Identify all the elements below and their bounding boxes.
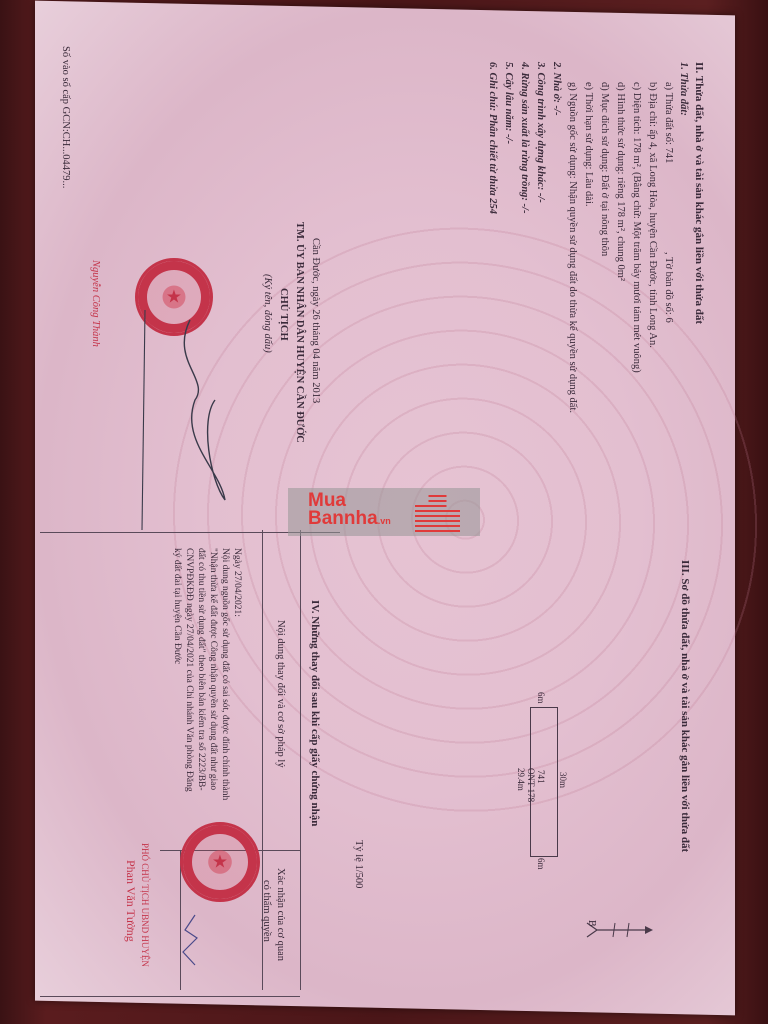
registry-entry: Số vào sổ cấp GCN:CH...04479... (58, 46, 72, 188)
change-entry-line: "Nhận thừa kế đất được Công nhận quyền s… (206, 548, 220, 790)
change-entry-line: đất có thu tiền sử dụng đất" theo biên b… (194, 548, 208, 791)
stamp-role: PHÓ CHỦ TỊCH UBND HUYỆN (138, 843, 152, 967)
stamp-name: Phan Văn Tường (124, 860, 138, 942)
muabannha-watermark: Mua Bannha.vn (288, 488, 480, 536)
dim-right: 6m (534, 858, 548, 870)
change-entry-line: Nội dung nguồn gốc sử dụng đất có sai só… (218, 548, 232, 800)
change-entry-line: CNVPĐKĐĐ ngày 27/04/2021 của Chi nhánh V… (182, 548, 196, 792)
scale-label: Tỷ lệ 1/500 (351, 840, 365, 888)
other-construction: 3. Công trình xây dựng khác: -/- (533, 62, 547, 203)
usage-form: d) Hình thức sử dụng: riêng 178 m², chun… (613, 82, 627, 281)
sign-note: (Ký tên, đóng dấu) (260, 274, 274, 353)
building-icon (415, 492, 460, 532)
chairman-signature (140, 300, 240, 540)
perennial-trees: 5. Cây lâu năm: -/- (501, 62, 515, 144)
branch-office-seal: ★ (180, 822, 260, 902)
usage-origin: g) Nguồn gốc sử dụng: Nhận quyền sử dụng… (565, 82, 579, 413)
officer-signature (175, 910, 205, 970)
column-confirm-header-1: Xác nhận của cơ quan (273, 868, 287, 961)
land-heading: 1. Thửa đất: (676, 62, 690, 116)
watermark-line2: Bannha (308, 508, 378, 529)
chairman-title: CHỦ TỊCH (276, 288, 290, 341)
watermark-logo-text: Mua Bannha.vn (308, 492, 391, 530)
area: c) Diện tích: 178 m², (Bằng chữ: Một tră… (629, 82, 643, 373)
change-entry-date: Ngày 27/04/2021: (230, 548, 244, 617)
change-entry-line: ký đất đai tại huyện Cần Đước (170, 548, 184, 664)
house: 2. Nhà ở: -/- (549, 62, 563, 115)
parcel-number: a) Thửa đất số: 741 (661, 82, 675, 163)
registrar-handwritten-name: Nguyễn Công Thành (88, 260, 102, 347)
note: 6. Ghi chú: Phân chiết từ thửa 254 (485, 62, 499, 214)
table-column-divider (300, 530, 301, 990)
north-label: B (584, 920, 598, 927)
usage-purpose: đ) Mục đích sử dụng: Đất ở tại nông thôn (597, 82, 611, 256)
section-iii-title: III. Sơ đồ thửa đất, nhà ở và tài sản kh… (678, 560, 692, 852)
dim-left: 6m (534, 692, 548, 704)
authority: TM. ỦY BAN NHÂN DÂN HUYỆN CẦN ĐƯỚC (292, 222, 306, 443)
dim-bottom: 29.4m (514, 768, 528, 791)
production-forest: 4. Rừng sản xuất là rừng trồng: -/- (517, 62, 531, 213)
table-bottom-border (40, 996, 300, 997)
dim-top: 30m (556, 772, 570, 788)
usage-term: e) Thời hạn sử dụng: Lâu dài. (581, 82, 595, 206)
column-confirm-header-2: có thẩm quyền (259, 880, 273, 942)
map-sheet-number: , Tờ bản đồ số: 6 (661, 252, 675, 323)
place-date: Cần Đước, ngày 26 tháng 04 năm 2013 (308, 238, 322, 403)
section-ii-title: II. Thửa đất, nhà ở và tài sản khác gắn … (692, 62, 706, 324)
section-iv-title: IV. Những thay đổi sau khi cấp giấy chứn… (308, 600, 322, 826)
address: b) Địa chỉ: ấp 4, xã Long Hòa, huyện Cần… (645, 82, 659, 348)
column-changes-header: Nội dung thay đổi và cơ sở pháp lý (273, 620, 287, 768)
watermark-suffix: .vn (378, 516, 391, 526)
